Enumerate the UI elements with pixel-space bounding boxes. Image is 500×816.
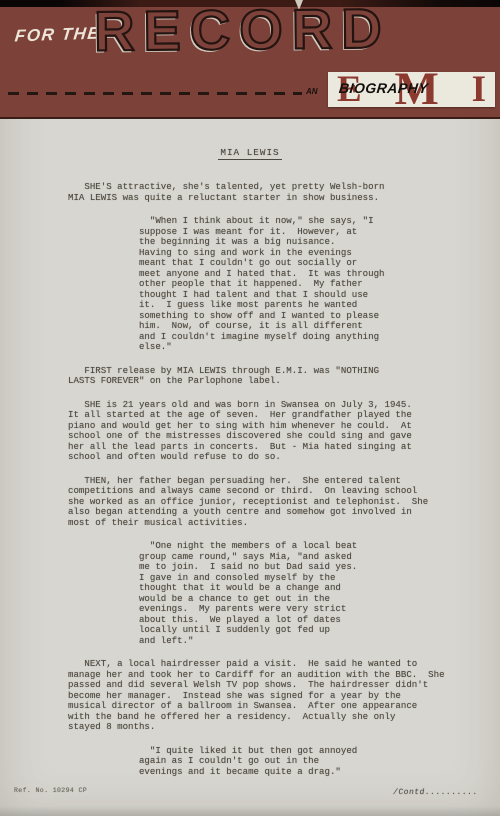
letterhead-banner: FOR THE RECORD AN E M I BIOGRAPHY [0,0,500,119]
typed-line: it. I guess like most parents he wanted [68,300,482,311]
typed-line: "One night the members of a local beat [68,541,482,552]
typed-text: SHE'S attractive, she's talented, yet pr… [68,182,482,790]
typed-line: me to join. I said no but Dad said yes. [68,562,482,573]
typed-line: SHE'S attractive, she's talented, yet pr… [68,182,482,193]
typed-line: also began attending a youth centre and … [68,507,482,518]
paragraph-block: SHE is 21 years old and was born in Swan… [68,400,482,463]
typed-line: else." [68,342,482,353]
typed-line: locally until I suddenly got fed up [68,625,482,636]
typed-line: other people that it happened. My father [68,279,482,290]
typed-line: MIA LEWIS was quite a reluctant starter … [68,193,482,204]
quote-block: "I quite liked it but then got annoyed a… [68,746,482,778]
document-title: MIA LEWIS [218,147,281,160]
emi-logo: E M I BIOGRAPHY [328,72,495,107]
typed-line: musical director of a ballroom in Swanse… [68,701,482,712]
paragraph-block: NEXT, a local hairdresser paid a visit. … [68,659,482,733]
typed-line: "When I think about it now," she says, "… [68,216,482,227]
biography-label: BIOGRAPHY [338,80,429,96]
typed-line: most of their musical activities. [68,518,482,529]
typed-line: competitions and always came second or t… [68,486,482,497]
typed-line: meant that I couldn't go out socially or [68,258,482,269]
dashed-rule [8,92,302,95]
typed-line: and left." [68,636,482,647]
typed-line: school and often would refuse to do so. [68,452,482,463]
typed-line: passed and did several Welsh TV pop show… [68,680,482,691]
banner-record-title: RECORD [94,0,391,68]
typed-line: LASTS FOREVER" on the Parlophone label. [68,376,482,387]
typed-line: again as I couldn't go out in the [68,756,482,767]
typed-line: stayed 8 months. [68,722,482,733]
typed-line: the beginning it was a big nuisance. [68,237,482,248]
paragraph-block: FIRST release by MIA LEWIS through E.M.I… [68,366,482,387]
document-title-row: MIA LEWIS [0,147,500,158]
typed-line: him. Now, of course, it is all different [68,321,482,332]
paragraph-block: SHE'S attractive, she's talented, yet pr… [68,182,482,203]
emi-letter-i: I [472,73,486,106]
typed-line: It all started at the age of seven. Her … [68,410,482,421]
continuation-note: /Contd.......... [393,788,479,797]
typed-line: thought that it would be a change and [68,583,482,594]
paragraph-block: THEN, her father began persuading her. S… [68,476,482,529]
typed-line: NEXT, a local hairdresser paid a visit. … [68,659,482,670]
reference-number: Ref. No. 10294 CP [14,787,87,794]
document-page: FOR THE RECORD AN E M I BIOGRAPHY MIA LE… [0,0,500,816]
banner-for-the-label: FOR THE [14,24,102,47]
typed-line: school one of the mistresses discovered … [68,431,482,442]
typed-line: evenings. My parents were very strict [68,604,482,615]
typed-line: evenings and it became quite a drag." [68,767,482,778]
quote-block: "One night the members of a local beat g… [68,541,482,646]
quote-block: "When I think about it now," she says, "… [68,216,482,353]
an-label: AN [306,87,318,96]
